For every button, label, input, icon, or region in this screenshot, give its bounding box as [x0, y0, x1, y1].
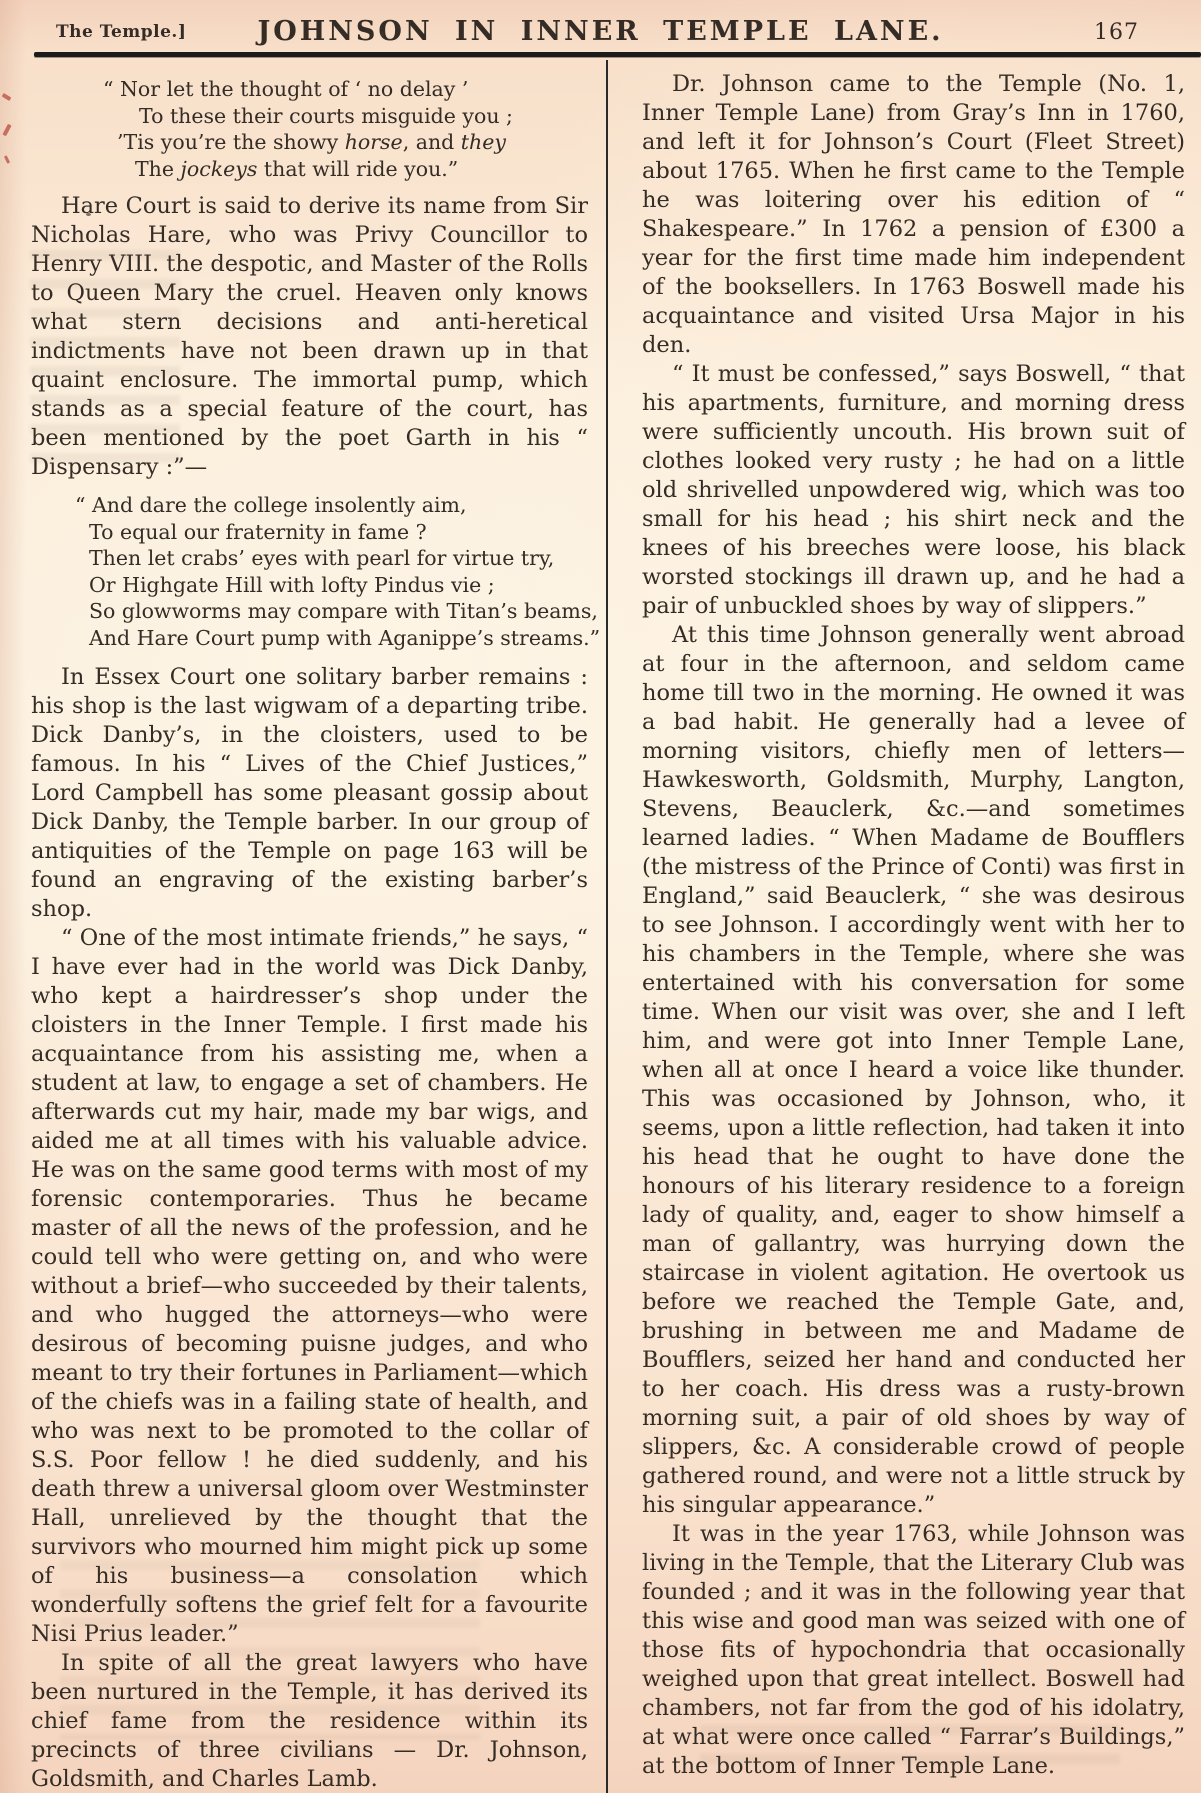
paragraph-boswell-quote: “ It must be confessed,” says Boswell, “…	[642, 360, 1185, 621]
two-column-text: “ Nor let the thought of ‘ no delay ’ To…	[0, 60, 1201, 1793]
poem-line: So glowworms may compare with Titan’s be…	[89, 598, 588, 625]
paragraph-essex-court: In Essex Court one solitary barber remai…	[31, 663, 588, 924]
page-title: JOHNSON IN INNER TEMPLE LANE.	[0, 16, 1201, 47]
poem-line: Then let crabs’ eyes with pearl for virt…	[89, 545, 588, 572]
poem-line: And Hare Court pump with Aganippe’s stre…	[89, 625, 588, 652]
poem-line: The jockeys that will ride you.”	[135, 156, 588, 183]
poem-line: “ Nor let the thought of ‘ no delay ’	[103, 76, 588, 103]
paragraph-dick-danby-quote: “ One of the most intimate friends,” he …	[31, 924, 588, 1649]
epigraph-poem: “ Nor let the thought of ‘ no delay ’ To…	[31, 76, 588, 182]
paragraph-three-civilians: In spite of all the great lawyers who ha…	[31, 1649, 588, 1793]
book-page: The Temple.] JOHNSON IN INNER TEMPLE LAN…	[0, 0, 1201, 1793]
poem-line: “ And dare the college insolently aim,	[75, 492, 588, 519]
poem-line: To equal our fraternity in fame ?	[89, 519, 588, 546]
paragraph-johnson-temple: Dr. Johnson came to the Temple (No. 1, I…	[642, 70, 1185, 360]
left-column: “ Nor let the thought of ‘ no delay ’ To…	[0, 60, 606, 1793]
running-header: The Temple.] JOHNSON IN INNER TEMPLE LAN…	[0, 0, 1201, 50]
right-column: Dr. Johnson came to the Temple (No. 1, I…	[606, 60, 1201, 1793]
poem-line: Or Highgate Hill with lofty Pindus vie ;	[89, 572, 588, 599]
garth-dispensary-poem: “ And dare the college insolently aim, T…	[75, 492, 588, 651]
poem-line: To these their courts misguide you ;	[139, 103, 588, 130]
page-number: 167	[1094, 20, 1139, 45]
poem-line: ’Tis you’re the showy horse, and they	[117, 129, 588, 156]
paragraph-johnson-habits: At this time Johnson generally went abro…	[642, 621, 1185, 1520]
paragraph-hare-court: Hare Court is said to derive its name fr…	[31, 192, 588, 482]
header-rule	[34, 52, 1201, 57]
paragraph-literary-club: It was in the year 1763, while Johnson w…	[642, 1520, 1185, 1781]
